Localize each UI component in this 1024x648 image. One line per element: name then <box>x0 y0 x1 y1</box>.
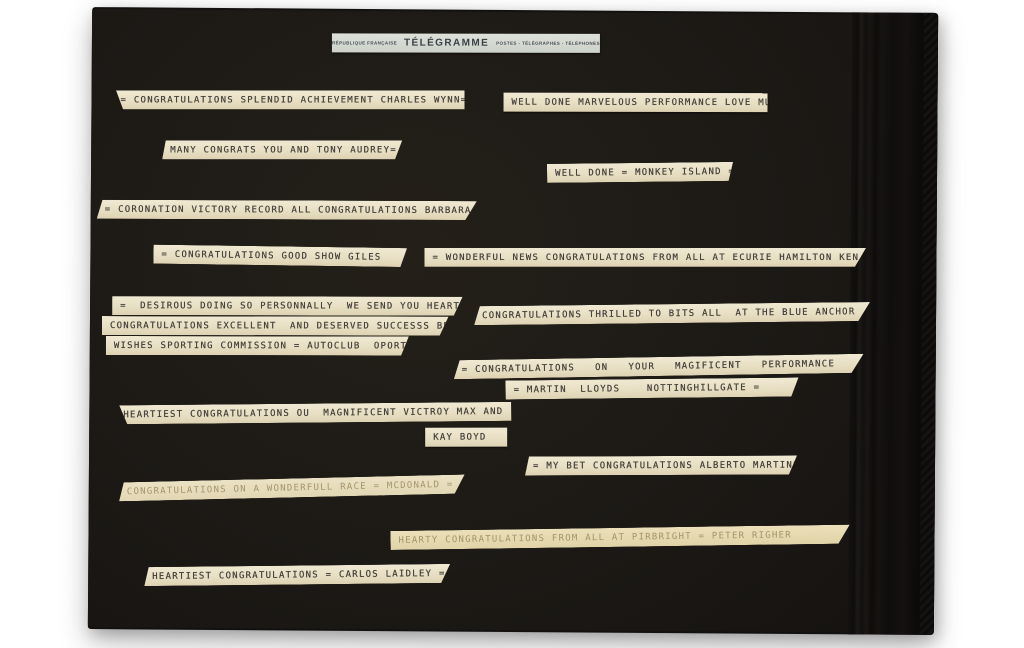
telegram-strip: = DESIROUS DOING SO PERSONNALLY WE SEND … <box>112 296 466 316</box>
telegram-strip: = CORONATION VICTORY RECORD ALL CONGRATU… <box>97 200 477 220</box>
telegram-strip: HEARTIEST CONGRATULATIONS OU MAGNIFICENT… <box>115 402 511 424</box>
telegram-text: = WONDERFUL NEWS CONGRATULATIONS FROM AL… <box>432 252 859 262</box>
book-page-edges <box>848 12 938 635</box>
telegram-text: WISHES SPORTING COMMISSION = AUTOCLUB OP… <box>114 340 412 351</box>
telegram-text: HEARTIEST CONGRATULATIONS = CARLOS LAIDL… <box>152 568 446 581</box>
telegram-strip: = CONGRATULATIONS SPLENDID ACHIEVEMENT C… <box>113 90 465 109</box>
telegram-text: = MY BET CONGRATULATIONS ALBERTO MARTINS… <box>533 460 797 471</box>
telegram-text: WELL DONE MARVELOUS PERFORMANCE LOVE MUM… <box>512 97 768 107</box>
telegram-strip: WELL DONE MARVELOUS PERFORMANCE LOVE MUM… <box>504 93 768 112</box>
telegram-text: = MARTIN LLOYDS NOTTINGHILLGATE = <box>513 382 760 395</box>
telegram-text: HEARTIEST CONGRATULATIONS OU MAGNIFICENT… <box>123 406 503 419</box>
telegram-strip: = CONGRATULATIONS GOOD SHOW GILES <box>153 245 409 268</box>
telegram-text: HEARTY CONGRATULATIONS FROM ALL AT PIRBR… <box>398 530 792 545</box>
telegram-strip: = WONDERFUL NEWS CONGRATULATIONS FROM AL… <box>424 248 870 267</box>
telegram-text: WELL DONE = MONKEY ISLAND = <box>555 166 735 178</box>
telegram-strip: MANY CONGRATS YOU AND TONY AUDREY= <box>162 140 402 159</box>
telegram-strip: WISHES SPORTING COMMISSION = AUTOCLUB OP… <box>106 336 412 356</box>
telegram-text: CONGRATULATIONS THRILLED TO BITS ALL AT … <box>482 307 856 321</box>
telegram-strip: CONGRATULATIONS EXCELLENT AND DESERVED S… <box>102 316 452 336</box>
telegram-text: KAY BOYD <box>433 432 486 442</box>
telegram-strip: WELL DONE = MONKEY ISLAND = <box>547 162 735 183</box>
header-postes-label: POSTES - TÉLÉGRAPHES - TÉLÉPHONES <box>496 41 600 46</box>
telegram-text: CONGRATULATIONS ON A WONDERFULL RACE = M… <box>127 479 454 496</box>
scrapbook-album: RÉPUBLIQUE FRANÇAISE TÉLÉGRAMME POSTES -… <box>88 7 938 635</box>
telegram-text: = CONGRATULATIONS ON YOUR MAGIFICENT PER… <box>462 359 836 375</box>
telegram-strip: = MARTIN LLOYDS NOTTINGHILLGATE = <box>505 377 801 399</box>
telegram-text: CONGRATULATIONS EXCELLENT AND DESERVED S… <box>110 321 452 332</box>
telegram-strip: = MY BET CONGRATULATIONS ALBERTO MARTINS… <box>525 456 797 476</box>
telegram-strip: HEARTIEST CONGRATULATIONS = CARLOS LAIDL… <box>144 564 450 586</box>
header-republique-label: RÉPUBLIQUE FRANÇAISE <box>332 40 397 45</box>
telegram-text: = CORONATION VICTORY RECORD ALL CONGRATU… <box>105 204 477 215</box>
header-telegramme-title: TÉLÉGRAMME <box>404 38 489 49</box>
telegram-text: = CONGRATULATIONS GOOD SHOW GILES <box>161 249 381 262</box>
telegram-text: = CONGRATULATIONS SPLENDID ACHIEVEMENT C… <box>121 95 465 105</box>
telegram-form-header: RÉPUBLIQUE FRANÇAISE TÉLÉGRAMME POSTES -… <box>332 33 600 52</box>
telegram-text: = DESIROUS DOING SO PERSONNALLY WE SEND … <box>120 301 466 312</box>
telegram-strip: KAY BOYD <box>425 428 507 447</box>
telegram-text: MANY CONGRATS YOU AND TONY AUDREY= <box>170 145 397 155</box>
